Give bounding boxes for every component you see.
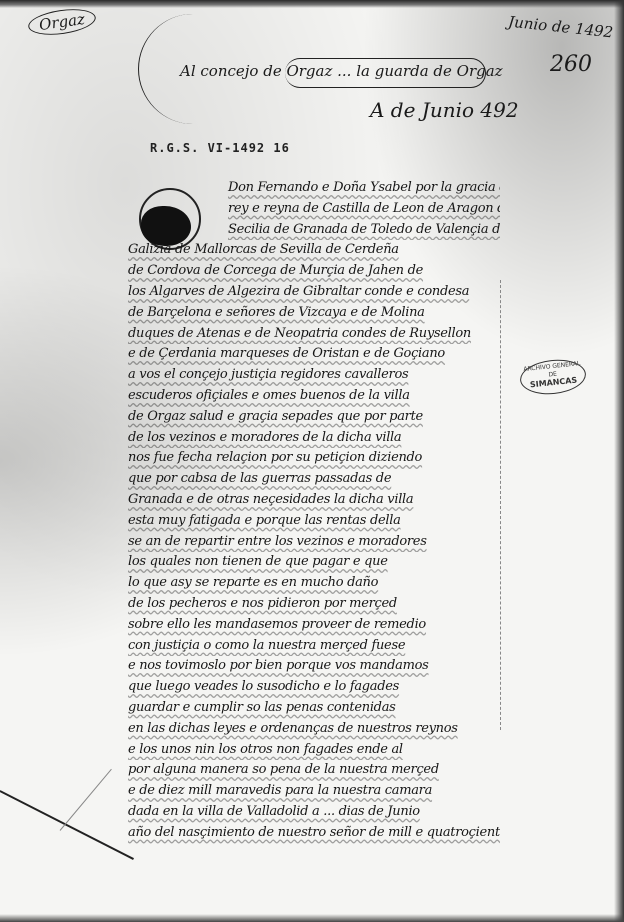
body-line: de los pecheros e nos pidieron por merçe… (128, 594, 500, 615)
body-line: de los vezinos e moradores de la dicha v… (128, 428, 500, 449)
body-line: nos fue fecha relaçion por su petiçion d… (128, 448, 500, 469)
body-line: año del nasçimiento de nuestro señor de … (128, 823, 500, 844)
body-line: por alguna manera so pena de la nuestra … (128, 760, 500, 781)
body-line: rey e reyna de Castilla de Leon de Arago… (128, 199, 500, 220)
body-line: esta muy fatigada e porque las rentas de… (128, 511, 500, 532)
body-line: de Cordova de Corcega de Murçia de Jahen… (128, 261, 500, 282)
body-line: lo que asy se reparte es en mucho daño (128, 573, 500, 594)
top-right-date-note: Junio de 1492 (507, 13, 614, 42)
body-line: de Orgaz salud e graçia sepades que por … (128, 407, 500, 428)
folio-number: 260 (550, 52, 592, 77)
manuscript-page: Orgaz Junio de 1492 260 Al concejo de Or… (0, 0, 624, 922)
date-note: A de Junio 492 (370, 98, 519, 122)
margin-pen-stroke (0, 790, 134, 859)
body-line: e de diez mill maravedis para la nuestra… (128, 781, 500, 802)
body-line: los Algarves de Algezira de Gibraltar co… (128, 282, 500, 303)
manuscript-body: Don Fernando e Doña Ysabel por la gracia… (128, 178, 500, 844)
document-heading: Al concejo de Orgaz ... la guarda de Org… (180, 62, 503, 80)
body-line: Galizia de Mallorcas de Sevilla de Cerde… (128, 240, 500, 261)
body-line: Secilia de Granada de Toledo de Valençia… (128, 220, 500, 241)
body-line: los quales non tienen de que pagar e que (128, 552, 500, 573)
margin-faint-stroke (60, 769, 112, 831)
body-line: en las dichas leyes e ordenanças de nues… (128, 719, 500, 740)
body-line: dada en la villa de Valladolid a ... dia… (128, 802, 500, 823)
body-line: que luego veades lo susodicho e lo fagad… (128, 677, 500, 698)
right-margin-ruling (500, 280, 502, 730)
body-line: Granada e de otras neçesidades la dicha … (128, 490, 500, 511)
page-top-edge-shadow (0, 0, 624, 8)
body-line: duques de Atenas e de Neopatria condes d… (128, 324, 500, 345)
body-line: guardar e cumplir so las penas contenida… (128, 698, 500, 719)
body-line: a vos el conçejo justiçia regidores cava… (128, 365, 500, 386)
body-line: de Barçelona e señores de Vizcaya e de M… (128, 303, 500, 324)
body-line: que por cabsa de las guerras passadas de (128, 469, 500, 490)
page-bottom-edge-shadow (0, 914, 624, 922)
body-line: con justiçia o como la nuestra merçed fu… (128, 636, 500, 657)
body-line: escuderos ofiçiales e omes buenos de la … (128, 386, 500, 407)
body-line: e de Çerdania marqueses de Oristan e de … (128, 344, 500, 365)
body-line: e nos tovimoslo por bien porque vos mand… (128, 656, 500, 677)
body-line: Don Fernando e Doña Ysabel por la gracia… (128, 178, 500, 199)
archive-reference: R.G.S. VI-1492 16 (150, 141, 290, 155)
body-line: se an de repartir entre los vezinos e mo… (128, 532, 500, 553)
corner-note: Orgaz (27, 5, 98, 38)
archive-stamp: ARCHIVO GENERAL DE SIMANCAS (518, 357, 587, 398)
body-line: sobre ello les mandasemos proveer de rem… (128, 615, 500, 636)
page-right-edge-shadow (614, 0, 624, 922)
body-line: e los unos nin los otros non fagades end… (128, 740, 500, 761)
